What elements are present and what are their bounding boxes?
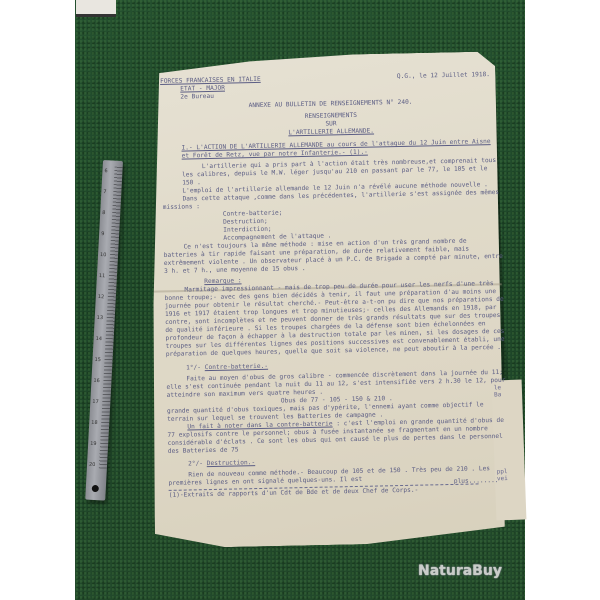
ruler-number: 9 [101,231,111,238]
org-line-3: 2e Bureau [160,92,261,102]
ruler-number: 18 [91,420,101,427]
ruler-number: 16 [93,378,103,385]
right-white-border [525,0,600,600]
left-white-border [0,0,75,600]
ruler-number: 8 [102,210,112,217]
cb-heading-number: 1°/- [186,364,201,371]
destr-heading-number: 2°/- [188,460,203,467]
ruler-number: 12 [98,294,108,301]
paragraph-method: Ce n'est toujours la même méthode : mise… [163,237,504,276]
ruler-number: 20 [89,462,99,469]
metal-ruler: 67891011121314151617181920 [85,160,123,501]
paragraph-remark: Marmitage impressionnant - mais de trop … [164,280,505,359]
naturabuy-watermark: NaturaBuy [418,563,502,579]
ruler-number: 7 [103,189,113,196]
ruler-hole [92,485,99,492]
typed-document: FORCES FRANCAISES EN ITALIE ETAT - MAJOR… [160,71,509,500]
destr-heading-text: Destruction.- [207,459,256,467]
ruler-number: 10 [100,252,110,259]
ruler-number: 14 [95,336,105,343]
ruler-number: 13 [97,315,107,322]
ruler-number: 17 [92,399,102,406]
cb-heading-text: Contre-batterie.- [205,363,268,371]
paragraph-note: Un fait à noter dans la contre-batterie … [167,417,508,456]
partial-card [76,0,116,17]
ruler-number: 19 [90,441,100,448]
ruler-number: 15 [94,357,104,364]
ruler-number: 6 [104,168,114,175]
ruler-number: 11 [99,273,109,280]
place-date: Q.G., le 12 Juillet 1918. [397,71,501,97]
